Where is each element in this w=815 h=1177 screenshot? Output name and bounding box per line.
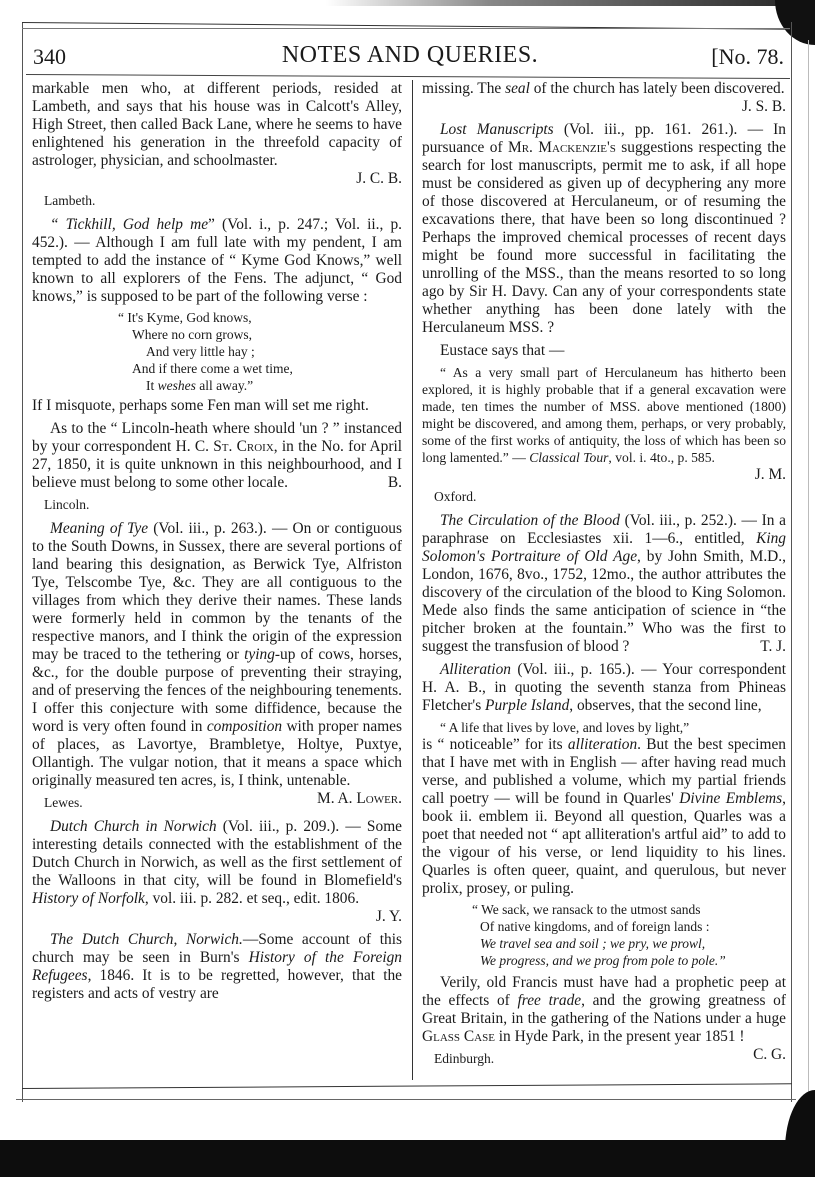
signature: T. J. <box>742 638 786 656</box>
article-continuation: markable men who, at different periods, … <box>32 80 402 170</box>
signature: M. A. Lower. <box>299 790 402 808</box>
article-dutch-church-norwich: The Dutch Church, Norwich.—Some account … <box>32 931 402 1003</box>
verse-line: And very little hay ; <box>32 343 402 360</box>
issue-number: [No. 78. <box>711 44 784 70</box>
article-tickhill: “ Tickhill, God help me” (Vol. i., p. 24… <box>32 216 402 306</box>
signature: J. C. B. <box>32 170 402 188</box>
article-continuation: missing. The seal of the church has late… <box>422 80 786 98</box>
article-title: Lost Manuscripts <box>440 121 554 138</box>
article-lincoln-heath: As to the “ Lincoln-heath where should '… <box>32 420 402 492</box>
bottom-rule-outer <box>16 1099 796 1100</box>
place-line: Oxford. <box>434 488 786 506</box>
left-column: markable men who, at different periods, … <box>32 80 402 1003</box>
article-title: Dutch Church in Norwich <box>50 818 217 835</box>
paragraph: is “ noticeable” for its alliteration. B… <box>422 736 786 898</box>
verse-line: Where no corn grows, <box>32 326 402 343</box>
article-alliteration: Alliteration (Vol. iii., p. 165.). — You… <box>422 661 786 715</box>
place-line: Lambeth. <box>44 192 402 210</box>
column-divider <box>412 80 413 1080</box>
journal-title: NOTES AND QUERIES. <box>30 42 790 69</box>
verse-line: It weshes all away.” <box>32 377 402 394</box>
block-quote: “ As a very small part of Herculaneum ha… <box>422 364 786 466</box>
article-title: The Circulation of the Blood <box>440 512 620 529</box>
article-title: “ Tickhill, God help me <box>50 216 208 233</box>
signature: J. Y. <box>32 908 402 926</box>
verse-line: We progress, and we prog from pole to po… <box>422 952 786 969</box>
signature: C. G. <box>735 1046 786 1064</box>
place-line: Edinburgh. <box>434 1050 786 1068</box>
article-title: Alliteration <box>440 661 511 678</box>
right-column: missing. The seal of the church has late… <box>422 80 786 1074</box>
verse-kyme: “ It's Kyme, God knows, Where no corn gr… <box>32 309 402 394</box>
paragraph: If I misquote, perhaps some Fen man will… <box>32 397 402 415</box>
top-rule-inner <box>22 28 790 29</box>
verse-line: Of native kingdoms, and of foreign lands… <box>422 918 786 935</box>
page-header: 340 NOTES AND QUERIES. [No. 78. <box>30 40 790 72</box>
signature: J. M. <box>422 466 786 484</box>
page-edge-line <box>808 40 809 1100</box>
verse-line: We travel sea and soil ; we pry, we prow… <box>422 935 786 952</box>
article-meaning-of-tye: Meaning of Tye (Vol. iii., p. 263.). — O… <box>32 520 402 790</box>
place-line: Lincoln. <box>44 496 402 514</box>
page-bottom-shadow <box>0 1140 815 1177</box>
verse-line: “ It's Kyme, God knows, <box>32 309 402 326</box>
signature: B. <box>370 474 402 492</box>
signature: J. S. B. <box>422 98 786 116</box>
article-lost-manuscripts: Lost Manuscripts (Vol. iii., pp. 161. 26… <box>422 121 786 337</box>
quoted-line: “ A life that lives by love, and loves b… <box>422 719 786 736</box>
article-dutch-church: Dutch Church in Norwich (Vol. iii., p. 2… <box>32 818 402 908</box>
verse-quarles: “ We sack, we ransack to the utmost sand… <box>422 901 786 969</box>
page-top-shadow <box>0 0 815 6</box>
article-title: The Dutch Church, Norwich. <box>50 931 243 948</box>
article-title: Meaning of Tye <box>50 520 148 537</box>
verse-line: “ We sack, we ransack to the utmost sand… <box>422 901 786 918</box>
article-circulation-of-blood: The Circulation of the Blood (Vol. iii.,… <box>422 512 786 656</box>
paragraph: Eustace says that — <box>422 342 786 360</box>
verse-line: And if there come a wet time, <box>32 360 402 377</box>
paragraph: Verily, old Francis must have had a prop… <box>422 974 786 1046</box>
